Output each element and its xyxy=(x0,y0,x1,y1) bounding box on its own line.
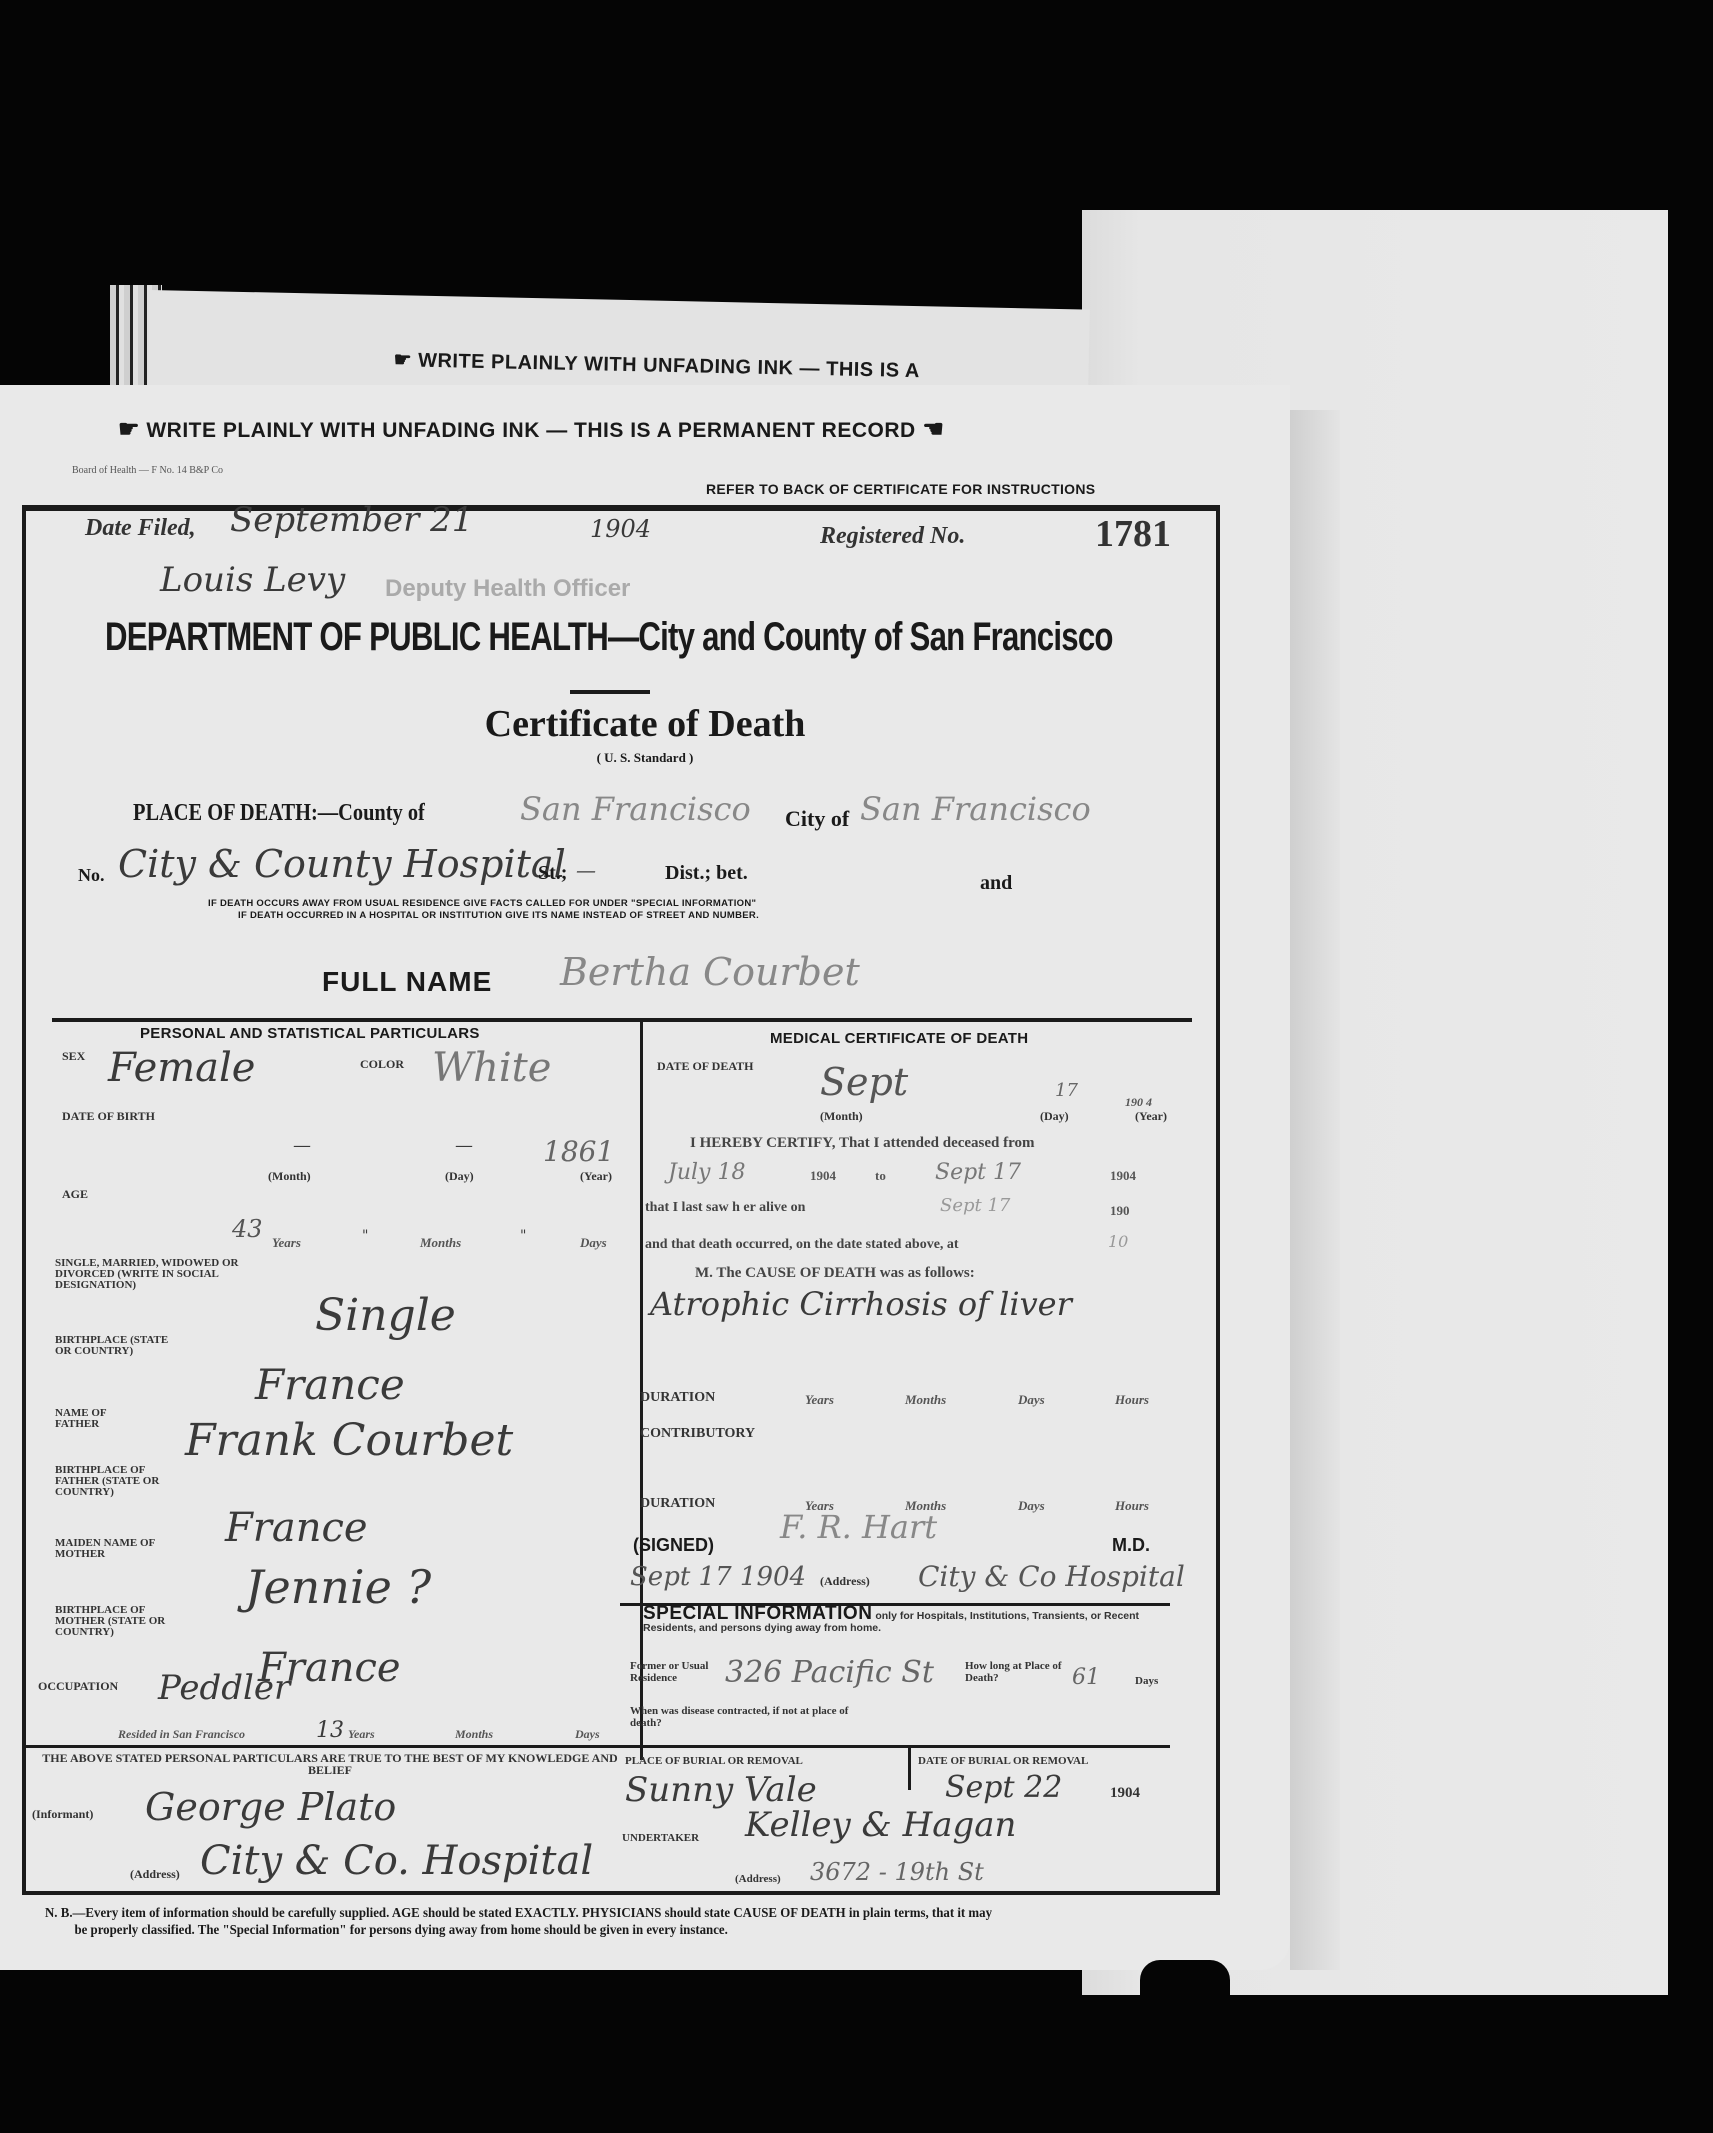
how-long-value: 61 xyxy=(1072,1665,1100,1690)
age-months: " xyxy=(362,1228,368,1244)
informant-value: George Plato xyxy=(145,1785,396,1829)
full-name-value: Bertha Courbet xyxy=(560,950,860,994)
date-filed-label: Date Filed, xyxy=(85,515,196,542)
to-year: 1904 xyxy=(1110,1168,1136,1184)
date-of-death-day: 17 xyxy=(1055,1080,1078,1101)
medical-heading: MEDICAL CERTIFICATE OF DEATH xyxy=(770,1030,1028,1047)
duration-hours: Hours xyxy=(1115,1392,1149,1408)
burial-place-value: Sunny Vale xyxy=(625,1770,817,1810)
page-gutter-shadow xyxy=(1290,410,1340,1970)
resided-years-caption: Years xyxy=(348,1727,375,1742)
father-birthplace-value: France xyxy=(225,1505,368,1551)
birthplace-label: BIRTHPLACE (State or Country) xyxy=(55,1335,185,1357)
city-label: City of xyxy=(785,806,849,832)
duration-days: Days xyxy=(1018,1392,1045,1408)
age-days: " xyxy=(520,1228,526,1244)
signed-label: (SIGNED) xyxy=(633,1535,714,1556)
dist-label: Dist.; bet. xyxy=(665,862,748,885)
death-month-caption: (Month) xyxy=(820,1110,863,1122)
date-filed-value: September 21 xyxy=(230,500,473,540)
undertaker-address-label: (Address) xyxy=(735,1873,781,1885)
to-label: to xyxy=(875,1168,886,1184)
signed-value: F. R. Hart xyxy=(780,1508,937,1546)
attended-to: Sept 17 xyxy=(935,1160,1021,1185)
sex-value: Female xyxy=(108,1045,255,1091)
date-of-death-month: Sept xyxy=(820,1060,908,1104)
contributory-label: CONTRIBUTORY xyxy=(640,1428,755,1440)
burial-date-label: DATE OF BURIAL OR REMOVAL xyxy=(918,1755,1088,1767)
resided-label: Resided in San Francisco xyxy=(118,1727,245,1742)
color-label: COLOR xyxy=(360,1058,404,1070)
dob-month: — xyxy=(293,1135,311,1156)
informant-label: (Informant) xyxy=(32,1808,93,1820)
last-saw-year: 190 xyxy=(1110,1203,1130,1219)
father-birthplace-label: BIRTHPLACE OF FATHER (State or Country) xyxy=(55,1465,175,1498)
registered-label: Registered No. xyxy=(820,523,965,550)
registered-number: 1781 xyxy=(1095,512,1171,556)
mother-value: Jennie ? xyxy=(245,1560,431,1614)
occurred-text: and that death occurred, on the date sta… xyxy=(645,1237,959,1253)
md-label: M.D. xyxy=(1112,1535,1150,1556)
undertaker-value: Kelley & Hagan xyxy=(745,1805,1016,1845)
section-divider xyxy=(52,1018,1192,1022)
contracted-label: When was disease contracted, if not at p… xyxy=(630,1705,850,1729)
underlying-banner: ☛ WRITE PLAINLY WITH UNFADING INK — THIS… xyxy=(393,347,920,383)
residence-value: 326 Pacific St xyxy=(725,1655,934,1690)
duration2-label: DURATION xyxy=(640,1498,715,1510)
date-filed-year: 1904 xyxy=(590,515,651,543)
and-label: and xyxy=(980,872,1012,895)
dob-year: 1861 xyxy=(543,1135,614,1168)
birthplace-value: France xyxy=(255,1360,405,1409)
burial-place-label: PLACE OF BURIAL OR REMOVAL xyxy=(625,1755,803,1767)
us-standard: ( U. S. Standard ) xyxy=(0,750,1290,766)
informant-divider xyxy=(24,1745,640,1748)
place-of-death-label: PLACE OF DEATH:—County of xyxy=(133,800,425,827)
sex-label: SEX xyxy=(62,1050,85,1062)
header-banner: ☛ WRITE PLAINLY WITH UNFADING INK — THIS… xyxy=(118,415,944,444)
certificate-title: Certificate of Death xyxy=(0,702,1290,746)
burial-date-year: 1904 xyxy=(1110,1785,1140,1802)
duration-months: Months xyxy=(905,1392,946,1408)
city-value: San Francisco xyxy=(860,790,1091,828)
burial-column-divider xyxy=(908,1748,911,1790)
dob-day: — xyxy=(455,1135,473,1156)
occupation-label: OCCUPATION xyxy=(38,1680,118,1692)
date-of-death-label: DATE OF DEATH xyxy=(657,1060,753,1072)
physician-address-label: (Address) xyxy=(820,1575,870,1587)
street-label: St.; xyxy=(538,862,567,885)
marital-label: SINGLE, MARRIED, WIDOWED OR DIVORCED (Wr… xyxy=(55,1258,275,1291)
county-value: San Francisco xyxy=(520,790,751,828)
cause-text: M. The CAUSE OF DEATH was as follows: xyxy=(695,1265,975,1282)
mother-label: MAIDEN NAME OF MOTHER xyxy=(55,1538,185,1560)
age-years-caption: Years xyxy=(272,1235,301,1251)
dob-day-caption: (Day) xyxy=(445,1170,474,1182)
color-value: White xyxy=(432,1045,551,1091)
officer-title: Deputy Health Officer xyxy=(385,575,630,603)
dob-label: DATE OF BIRTH xyxy=(62,1110,155,1122)
certify-text: I HEREBY CERTIFY, That I attended deceas… xyxy=(690,1135,1035,1152)
dob-year-caption: (Year) xyxy=(580,1170,612,1182)
date-of-death-year: 190 4 xyxy=(1125,1095,1152,1110)
father-label: NAME OF FATHER xyxy=(55,1408,145,1430)
age-label: AGE xyxy=(62,1188,88,1200)
page-clip-shadow xyxy=(1140,1960,1230,2133)
resided-months-caption: Months xyxy=(455,1727,493,1742)
physician-address-value: City & Co Hospital xyxy=(918,1560,1185,1593)
duration2-days: Days xyxy=(1018,1498,1045,1514)
death-year-caption: (Year) xyxy=(1135,1110,1167,1122)
footnote: N. B.—Every item of information should b… xyxy=(45,1905,1002,1939)
duration-label: DURATION xyxy=(640,1392,715,1404)
undertaker-label: UNDERTAKER xyxy=(622,1832,699,1844)
duration2-hours: Hours xyxy=(1115,1498,1149,1514)
title-divider xyxy=(570,690,650,694)
resided-years: 13 xyxy=(316,1718,344,1743)
dob-month-caption: (Month) xyxy=(268,1170,311,1182)
last-saw-text: that I last saw h er alive on xyxy=(645,1200,805,1216)
informant-address-value: City & Co. Hospital xyxy=(200,1838,593,1884)
personal-heading: PERSONAL AND STATISTICAL PARTICULARS xyxy=(140,1025,480,1042)
attended-from: July 18 xyxy=(668,1160,745,1185)
how-long-label: How long at Place of Death? xyxy=(965,1660,1065,1684)
informant-statement: THE ABOVE STATED PERSONAL PARTICULARS AR… xyxy=(40,1752,620,1776)
how-long-unit: Days xyxy=(1135,1675,1158,1687)
age-days-caption: Days xyxy=(580,1235,607,1251)
cause-value: Atrophic Cirrhosis of liver xyxy=(650,1285,1072,1323)
instructions-note: REFER TO BACK OF CERTIFICATE FOR INSTRUC… xyxy=(706,481,1095,497)
father-value: Frank Courbet xyxy=(185,1415,513,1466)
burial-date-value: Sept 22 xyxy=(945,1770,1062,1805)
place-note: IF DEATH OCCURS AWAY FROM USUAL RESIDENC… xyxy=(208,898,759,922)
pointing-hand-icon: ☛ xyxy=(393,349,412,371)
from-year: 1904 xyxy=(810,1168,836,1184)
department-title: DEPARTMENT OF PUBLIC HEALTH—City and Cou… xyxy=(105,615,940,660)
street-no-value: City & County Hospital xyxy=(118,842,566,886)
officer-signature: Louis Levy xyxy=(160,560,345,600)
resided-days-caption: Days xyxy=(575,1727,600,1742)
street-value: — xyxy=(576,858,596,882)
last-saw-value: Sept 17 xyxy=(940,1195,1010,1216)
signed-date: Sept 17 1904 xyxy=(630,1562,806,1592)
residence-label: Former or Usual Residence xyxy=(630,1660,710,1684)
full-name-label: FULL NAME xyxy=(322,966,492,998)
street-no-label: No. xyxy=(78,865,105,886)
marital-value: Single xyxy=(315,1290,456,1341)
death-day-caption: (Day) xyxy=(1040,1110,1069,1122)
duration-years: Years xyxy=(805,1392,834,1408)
pointing-hand-icon: ☛ xyxy=(922,415,944,444)
special-info: SPECIAL INFORMATION only for Hospitals, … xyxy=(643,1608,1173,1634)
pointing-hand-icon: ☛ xyxy=(118,416,140,443)
occurred-time: 10 xyxy=(1108,1232,1128,1251)
printer-note: Board of Health — F No. 14 B&P Co xyxy=(72,465,223,476)
age-months-caption: Months xyxy=(420,1235,461,1251)
burial-divider xyxy=(620,1745,1170,1748)
age-years: 43 xyxy=(232,1215,263,1243)
undertaker-address-value: 3672 - 19th St xyxy=(810,1858,984,1886)
mother-birthplace-label: BIRTHPLACE OF MOTHER (State or Country) xyxy=(55,1605,185,1638)
occupation-value: Peddler xyxy=(158,1668,290,1708)
informant-address-label: (Address) xyxy=(130,1868,180,1880)
special-heading: SPECIAL INFORMATION xyxy=(643,1603,872,1624)
